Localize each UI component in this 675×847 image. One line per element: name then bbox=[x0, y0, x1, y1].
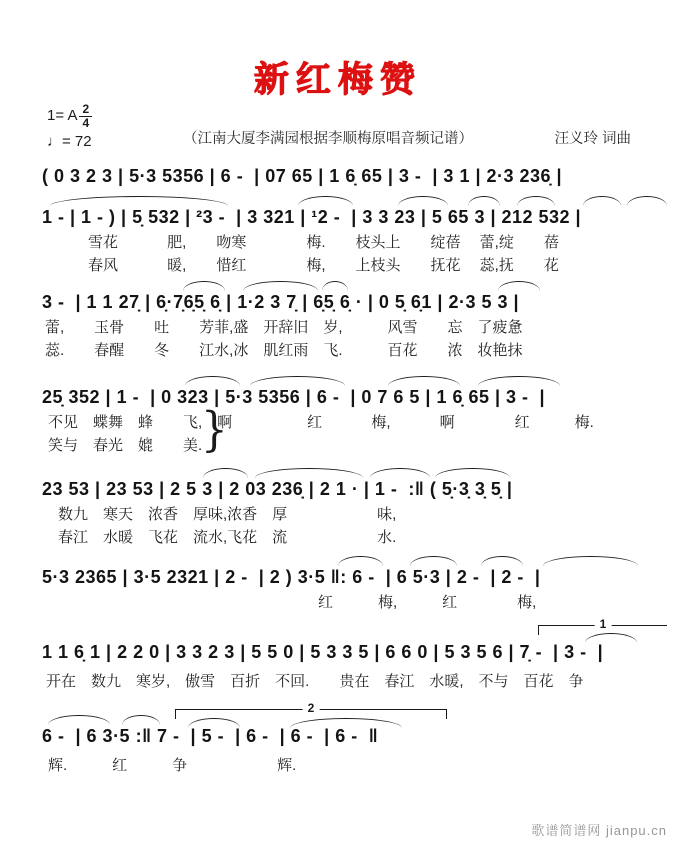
slur-arc bbox=[517, 196, 555, 206]
slur-arc bbox=[298, 196, 353, 206]
slur-arc bbox=[543, 556, 638, 566]
lyric-line-verse-2: 笑与 春光 媲 美. bbox=[0, 434, 675, 457]
volta-1-label: 1 bbox=[595, 617, 612, 631]
slur-arc bbox=[498, 281, 540, 291]
slur-arc bbox=[290, 718, 402, 728]
slur-arc bbox=[398, 196, 448, 206]
lyric-line: 红 梅, 红 梅, bbox=[0, 591, 675, 614]
notation-line-2: 1 - | 1 - ) | 5̣ 532 | ²3 - | 3 321 | ¹2… bbox=[0, 203, 675, 231]
system-1: ( 0 3 2 3 | 5·3 5356 | 6 - | 07 65 | 1 6… bbox=[0, 162, 675, 190]
slur-arc bbox=[478, 376, 560, 386]
slur-arc bbox=[338, 556, 383, 566]
slur-arc bbox=[203, 468, 248, 478]
volta-2-label: 2 bbox=[303, 701, 320, 715]
lyric-line-verse-2: 蕊. 春醒 冬 江水,冰 肌红雨 飞. 百花 浓 妆艳抹 bbox=[0, 339, 675, 362]
slur-arc bbox=[183, 281, 225, 291]
slur-arc bbox=[122, 715, 160, 725]
system-3: 3 - | 1 1 27̣ | 6̣·7̣6̣5̣ 6̣ | 1·2 3 7̣ … bbox=[0, 288, 675, 362]
meter-denominator: 4 bbox=[79, 117, 92, 130]
lyric-line-verse-1: 数九 寒天 浓香 厚味,浓香 厚 味, bbox=[0, 503, 675, 526]
slur-arc bbox=[48, 715, 110, 725]
slur-arc bbox=[468, 196, 500, 206]
lyric-line-verse-2: 春风 暖, 惜红 梅, 上枝头 抚花 蕊,抚 花 bbox=[0, 254, 675, 277]
slur-arc bbox=[255, 468, 363, 478]
slur-arc bbox=[481, 556, 523, 566]
tempo-marking: ♩= 72 bbox=[47, 132, 92, 152]
watermark: 歌谱简谱网 jianpu.cn bbox=[531, 820, 667, 839]
page-title: 新红梅赞 bbox=[0, 52, 675, 102]
slur-arc bbox=[243, 281, 318, 291]
slur-arc bbox=[583, 196, 621, 206]
system-2: 1 - | 1 - ) | 5̣ 532 | ²3 - | 3 321 | ¹2… bbox=[0, 203, 675, 277]
lyric-line-verse-1: 雪花 肥, 吻寒 梅. 枝头上 绽蓓 蕾,绽 蓓 bbox=[0, 231, 675, 254]
subtitle: （江南大厦李满园根据李顺梅原唱音频记谱） bbox=[183, 127, 473, 148]
slur-arc bbox=[370, 468, 430, 478]
lyric-line-verse-1: 不见 蝶舞 蜂 飞, 啊 红 梅, 啊 红 梅. bbox=[0, 411, 675, 434]
notation-line-3: 3 - | 1 1 27̣ | 6̣·7̣6̣5̣ 6̣ | 1·2 3 7̣ … bbox=[0, 288, 675, 316]
slur-arc bbox=[410, 556, 457, 566]
notation-line-6: 5·3 2365 | 3·5 2321 | 2 - | 2 ) 3·5 ‖: 6… bbox=[0, 563, 675, 591]
notation-line-5: 23 53 | 23 53 | 2 5 3 | 2 03 236̣ | 2 1 … bbox=[0, 475, 675, 503]
slur-arc bbox=[388, 376, 460, 386]
key-tempo-block: 1= A 2 4 ♩= 72 bbox=[47, 103, 92, 152]
slur-arc bbox=[250, 376, 345, 386]
slur-arc bbox=[435, 468, 510, 478]
system-5: 23 53 | 23 53 | 2 5 3 | 2 03 236̣ | 2 1 … bbox=[0, 475, 675, 549]
lyric-line: 辉. 红 争 辉. bbox=[0, 754, 675, 777]
key-signature: 1= A bbox=[47, 106, 77, 126]
notation-line-1: ( 0 3 2 3 | 5·3 5356 | 6 - | 07 65 | 1 6… bbox=[0, 162, 675, 190]
composer-credit: 汪义玲 词曲 bbox=[554, 127, 631, 148]
slur-arc bbox=[50, 196, 228, 206]
slur-arc bbox=[185, 376, 240, 386]
lyric-line-verse-2: 春江 水暖 飞花 流水,飞花 流 水. bbox=[0, 526, 675, 549]
notation-line-4: 25̣ 352 | 1 - | 0 323 | 5·3 5356 | 6 - |… bbox=[0, 383, 675, 411]
system-6: 5·3 2365 | 3·5 2321 | 2 - | 2 ) 3·5 ‖: 6… bbox=[0, 563, 675, 614]
meter-numerator: 2 bbox=[79, 103, 92, 117]
lyric-line-verse-1: 蕾, 玉骨 吐 芳菲,盛 开辞旧 岁, 风雪 忘 了疲惫 bbox=[0, 316, 675, 339]
notation-line-7: 1 1 6̣ 1 | 2 2 0 | 3 3 2 3 | 5 5 0 | 5 3… bbox=[0, 638, 675, 666]
system-4: 25̣ 352 | 1 - | 0 323 | 5·3 5356 | 6 - |… bbox=[0, 383, 675, 457]
lyric-line: 开在 数九 寒岁, 傲雪 百折 不回. 贵在 春江 水暖, 不与 百花 争 bbox=[0, 670, 675, 693]
slur-arc bbox=[188, 718, 240, 728]
system-7: 1 1 6̣ 1 | 2 2 0 | 3 3 2 3 | 5 5 0 | 5 3… bbox=[0, 638, 675, 693]
system-8: 6 - | 6 3·5 :‖ 7 - | 5 - | 6 - | 6 - | 6… bbox=[0, 722, 675, 777]
verse-brace: } bbox=[201, 406, 228, 453]
slur-arc bbox=[322, 281, 348, 291]
slur-arc bbox=[627, 196, 667, 206]
meter-fraction: 2 4 bbox=[79, 103, 92, 129]
